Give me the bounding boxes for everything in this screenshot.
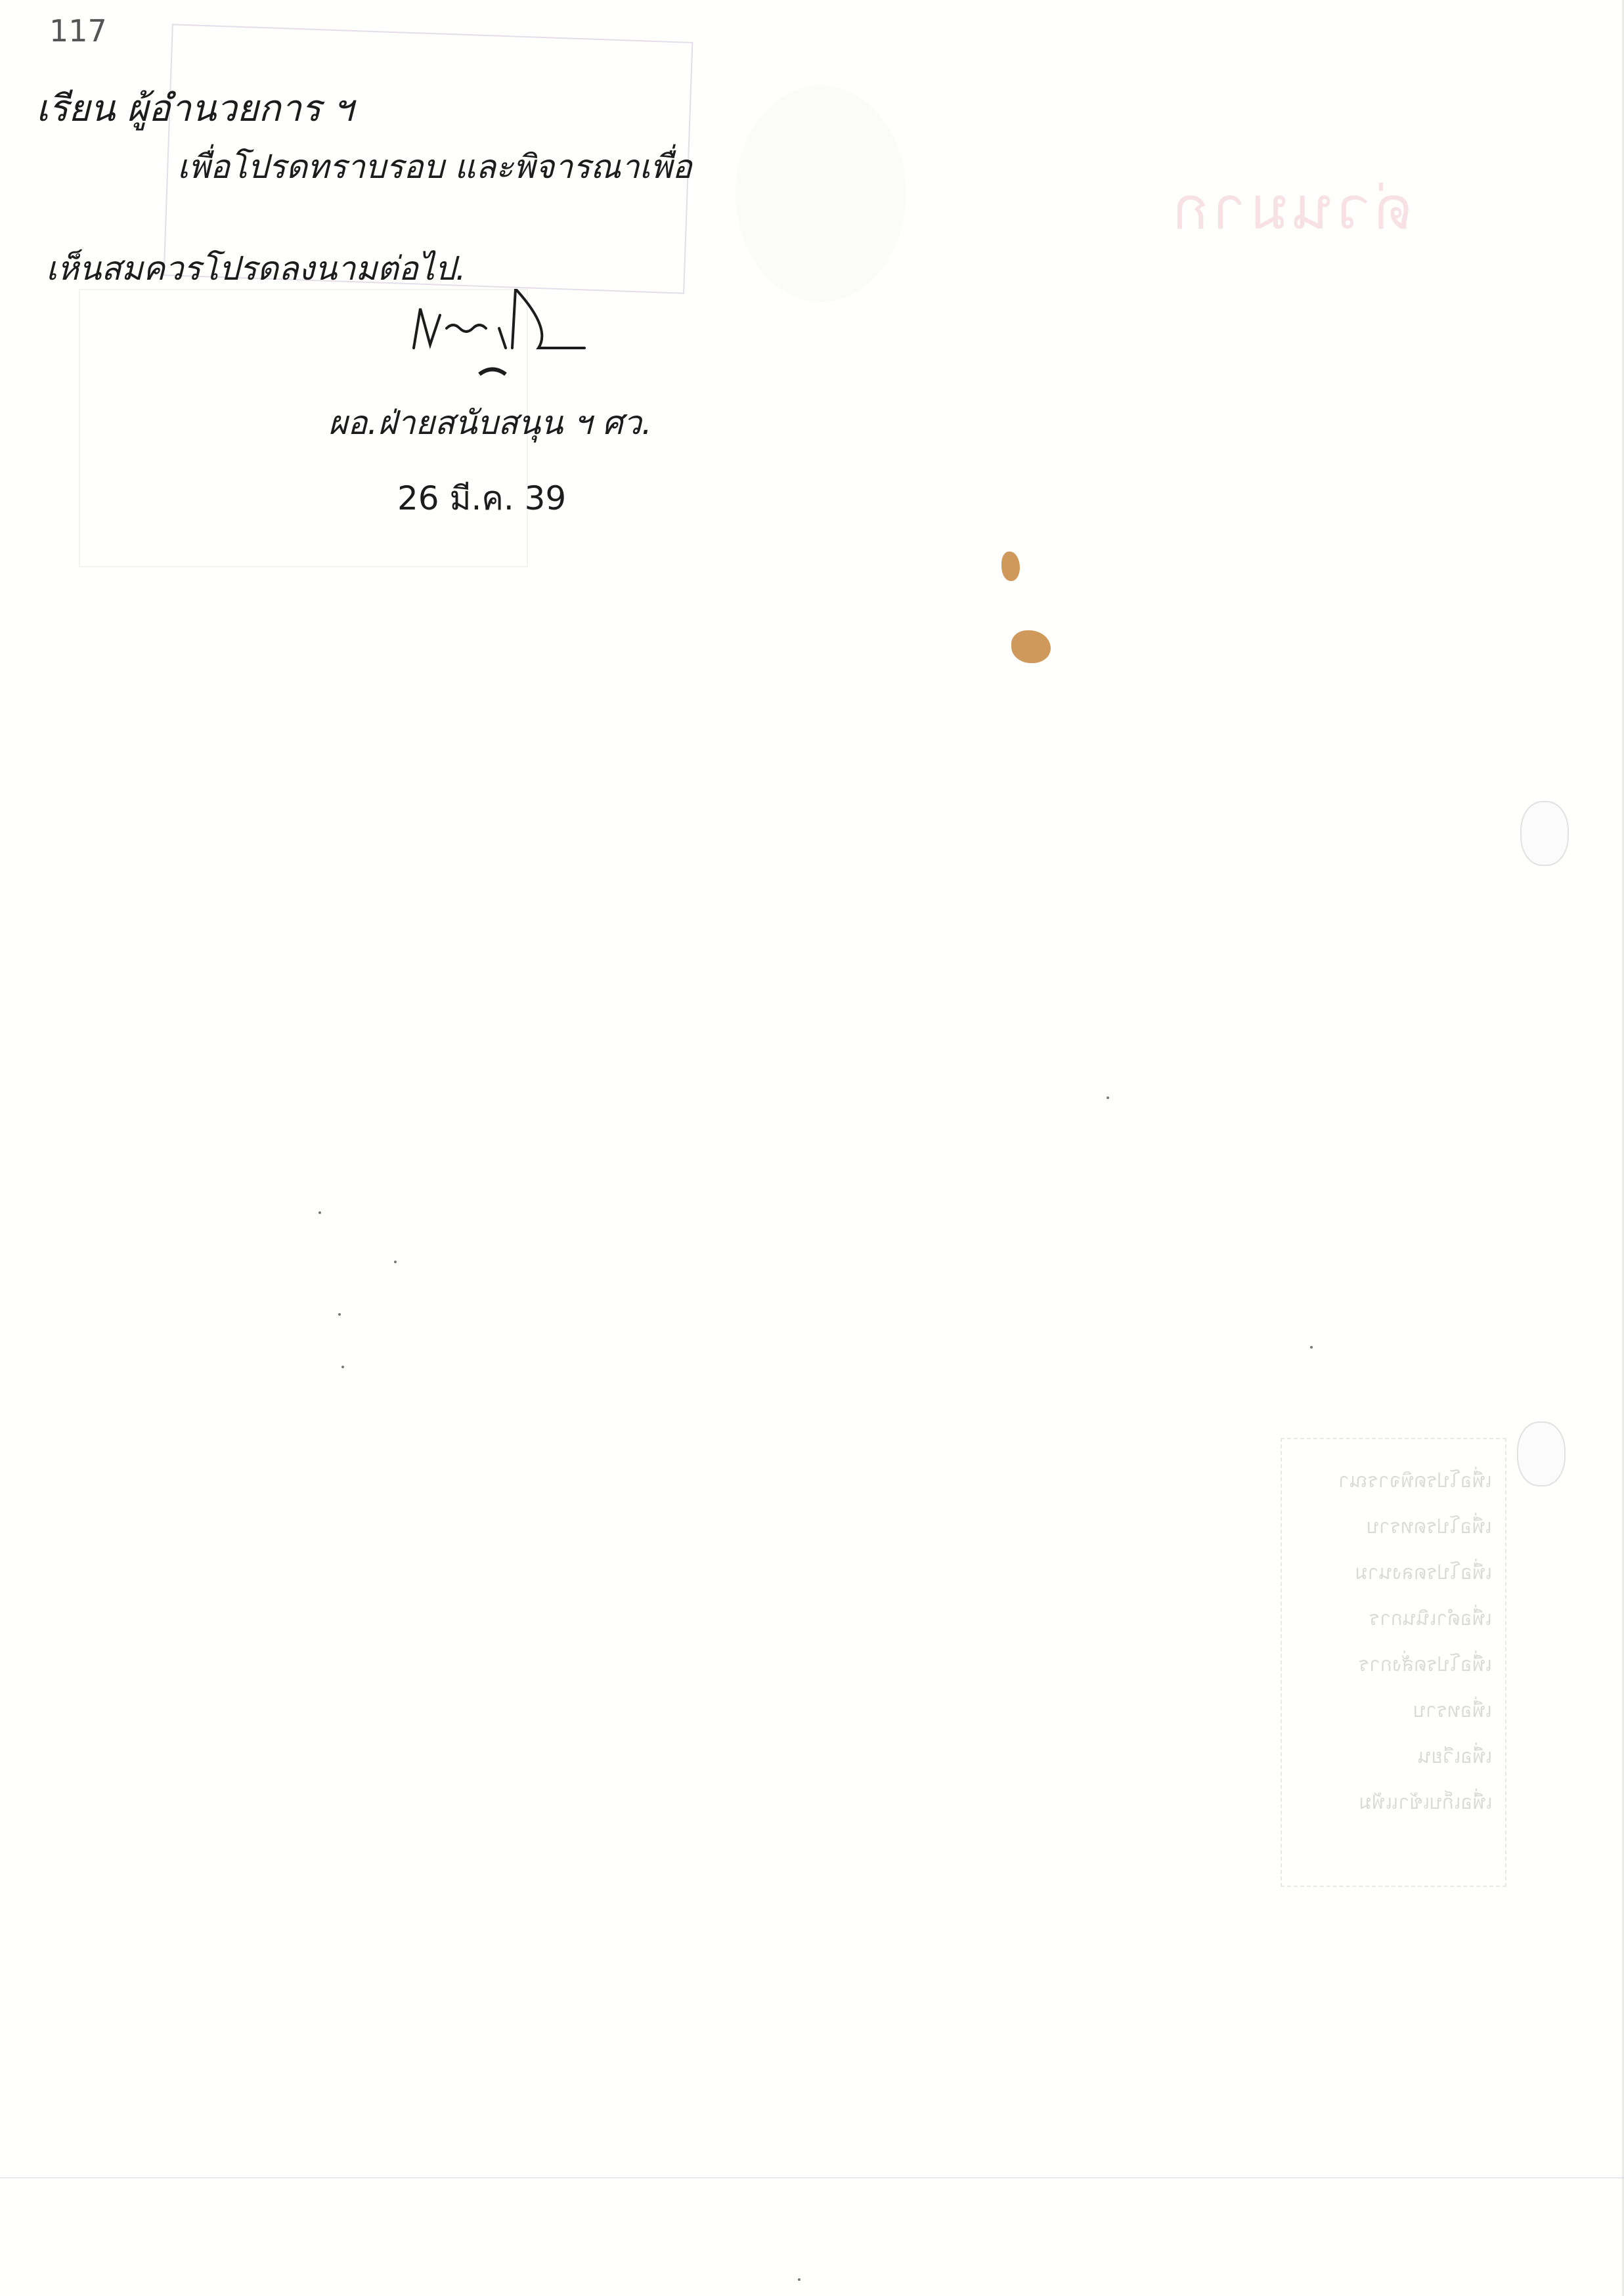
note-date: 26 มี.ค. 39 (397, 473, 566, 525)
note-salutation: เรียน ผู้อำนวยการ ฯ (36, 79, 353, 137)
checklist-item: เพื่อเวียน (1418, 1741, 1492, 1772)
emblem-showthrough (735, 85, 906, 302)
note-body-line-1: เพื่อโปรดทราบรอบ และพิจารณาเพื่อ (177, 141, 692, 193)
speck (394, 1261, 397, 1263)
speck (338, 1313, 341, 1316)
signer-title: ผอ.ฝ่ายสนับสนุน ฯ ศว. (328, 397, 652, 449)
page-number: 117 (49, 13, 107, 49)
checklist-item: เพื่อโปรดพิจารณา (1338, 1465, 1492, 1496)
checklist-item: เพื่อโปรดสั่งการ (1359, 1649, 1492, 1680)
stain-mark (1011, 630, 1051, 663)
checklist-item: เพื่อดำเนินการ (1369, 1603, 1492, 1634)
checklist-box-showthrough: เพื่อโปรดพิจารณา เพื่อโปรดทราบ เพื่อโปรด… (1281, 1438, 1506, 1887)
speck (798, 2278, 801, 2281)
red-stamp-showthrough: ด่วนมาก (1169, 161, 1413, 255)
checklist-item: เพื่อเก็บเข้าแฟ้ม (1359, 1787, 1492, 1818)
checklist-item: เพื่อโปรดลงนาม (1355, 1557, 1492, 1588)
speck (341, 1366, 344, 1368)
stain-mark (1001, 552, 1020, 581)
speck (318, 1211, 321, 1214)
fold-line (0, 2177, 1624, 2178)
signature (401, 289, 663, 387)
note-body-line-2: เห็นสมควรโปรดลงนามต่อไป. (46, 243, 466, 295)
checklist-item: เพื่อโปรดทราบ (1367, 1511, 1492, 1542)
punch-hole (1517, 1421, 1566, 1486)
checklist-item: เพื่อทราบ (1413, 1695, 1492, 1726)
scanned-page: ด่วนมาก เพื่อโปรดพิจารณา เพื่อโปรดทราบ เ… (0, 0, 1624, 2296)
speck (1310, 1346, 1313, 1349)
punch-hole (1520, 801, 1569, 866)
speck (1107, 1096, 1109, 1099)
